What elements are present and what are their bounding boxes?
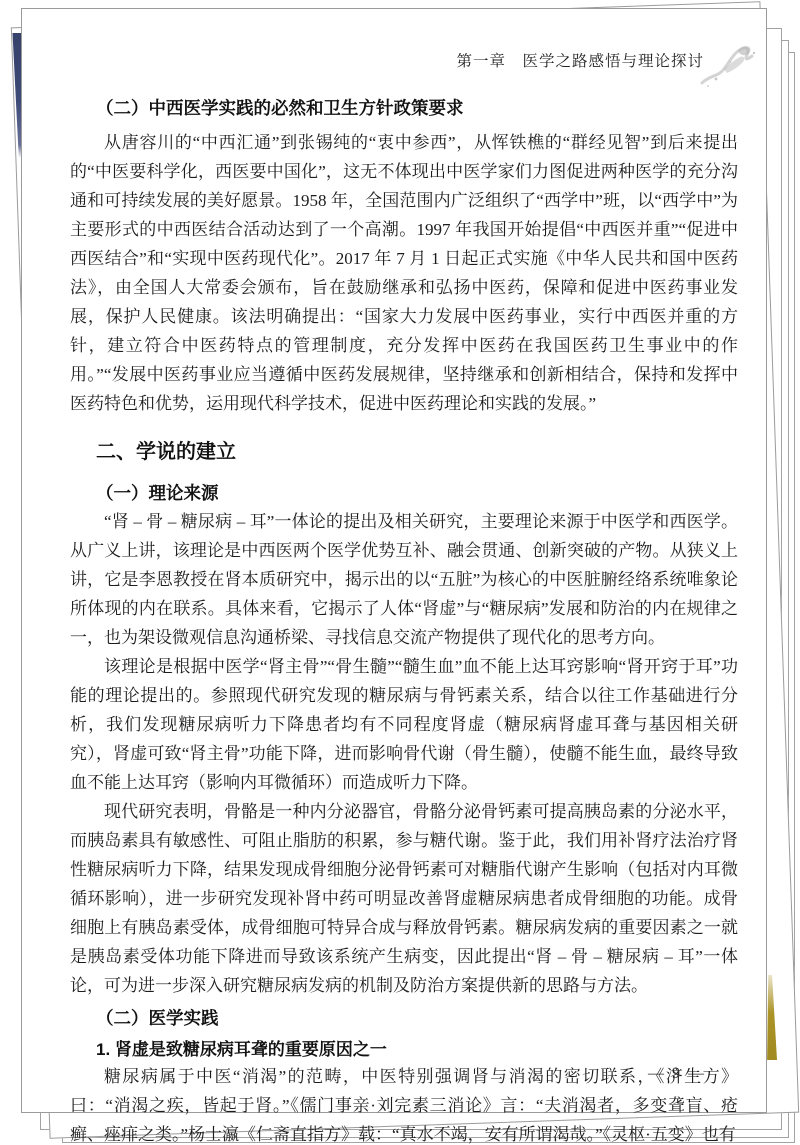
main-heading-doctrine: 二、学说的建立 xyxy=(96,435,738,464)
paragraph-policy: 从唐容川的“中西汇通”到张锡纯的“衷中参西”，从恽铁樵的“群经见智”到后来提出的… xyxy=(70,128,738,418)
paragraph-theory-1: “肾 – 骨 – 糖尿病 – 耳”一体论的提出及相关研究，主要理论来源于中医学和… xyxy=(70,507,738,652)
paragraph-theory-3: 现代研究表明，骨骼是一种内分泌器官，骨骼分泌骨钙素可提高胰岛素的分泌水平，而胰岛… xyxy=(70,797,738,1000)
point-1-heading: 1. 肾虚是致糖尿病耳聋的重要原因之一 xyxy=(96,1035,738,1060)
ink-brush-icon xyxy=(694,31,764,101)
paragraph-theory-2: 该理论是根据中医学“肾主骨”“骨生髓”“髓生血”血不能上达耳窍影响“肾开窍于耳”… xyxy=(70,652,738,797)
subheading-medical-practice: （二）医学实践 xyxy=(96,1005,738,1030)
section-2-heading: （二）中西医学实践的必然和卫生方针政策要求 xyxy=(96,95,738,120)
page-content: 第一章 医学之路感悟与理论探讨 （二）中西医学实践的必然和卫生方针政策要求 从唐… xyxy=(22,9,766,1112)
page-number: — 9 — xyxy=(648,1065,706,1083)
running-header: 第一章 医学之路感悟与理论探讨 xyxy=(70,49,704,71)
subheading-theory-source: （一）理论来源 xyxy=(96,480,738,505)
book-page-scene: 第一章 医学之路感悟与理论探讨 （二）中西医学实践的必然和卫生方针政策要求 从唐… xyxy=(0,0,800,1145)
paragraph-practice-1: 糖尿病属于中医“消渴”的范畴，中医特别强调肾与消渴的密切联系，《济生方》曰：“消… xyxy=(70,1062,738,1145)
main-page: 第一章 医学之路感悟与理论探讨 （二）中西医学实践的必然和卫生方针政策要求 从唐… xyxy=(21,8,767,1113)
